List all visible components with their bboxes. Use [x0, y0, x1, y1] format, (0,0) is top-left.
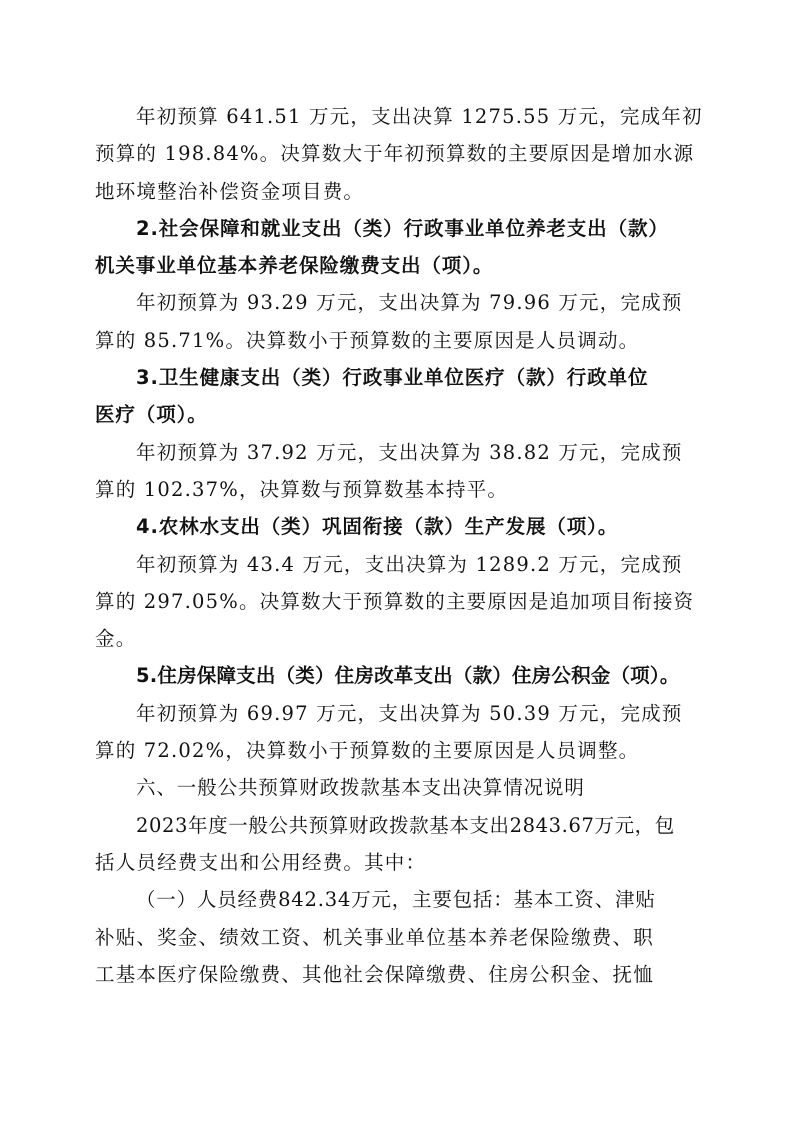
text-line: 年初预算为 43.4 万元，支出决算为 1289.2 万元，完成预: [95, 546, 707, 583]
text-line: 括人员经费支出和公用经费。其中：: [95, 844, 707, 881]
subheading-housing: 5.住房保障支出（类）住房改革支出（款）住房公积金（项）。: [95, 657, 707, 694]
text-line: 预算的 198.84%。决算数大于年初预算数的主要原因是增加水源: [95, 135, 707, 172]
text-line: 算的 102.37%，决算数与预算数基本持平。: [95, 471, 707, 508]
text-line: 年初预算为 69.97 万元，支出决算为 50.39 万元，完成预: [95, 695, 707, 732]
subheading-line: 2.社会保障和就业支出（类）行政事业单位养老支出（款）: [95, 210, 707, 247]
paragraph-personnel-expense: （一）人员经费842.34万元，主要包括：基本工资、津贴 补贴、奖金、绩效工资、…: [95, 881, 707, 993]
document-page: 年初预算 641.51 万元，支出决算 1275.55 万元，完成年初 预算的 …: [95, 98, 707, 993]
subheading-agriculture: 4.农林水支出（类）巩固衔接（款）生产发展（项）。: [95, 508, 707, 545]
text-line: 算的 85.71%。决算数小于预算数的主要原因是人员调动。: [95, 322, 707, 359]
subheading-health: 3.卫生健康支出（类）行政事业单位医疗（款）行政单位 医疗（项）。: [95, 359, 707, 434]
text-line: 补贴、奖金、绩效工资、机关事业单位基本养老保险缴费、职: [95, 919, 707, 956]
section-heading-line: 六、一般公共预算财政拨款基本支出决算情况说明: [95, 769, 707, 806]
paragraph-housing-detail: 年初预算为 69.97 万元，支出决算为 50.39 万元，完成预 算的 72.…: [95, 695, 707, 770]
text-line: 算的 297.05%。决算数大于预算数的主要原因是追加项目衔接资: [95, 583, 707, 620]
text-line: （一）人员经费842.34万元，主要包括：基本工资、津贴: [95, 881, 707, 918]
text-line: 工基本医疗保险缴费、其他社会保障缴费、住房公积金、抚恤: [95, 956, 707, 993]
subheading-line: 医疗（项）。: [95, 396, 707, 433]
subheading-line: 5.住房保障支出（类）住房改革支出（款）住房公积金（项）。: [95, 657, 707, 694]
subheading-line: 4.农林水支出（类）巩固衔接（款）生产发展（项）。: [95, 508, 707, 545]
text-line: 年初预算 641.51 万元，支出决算 1275.55 万元，完成年初: [95, 98, 707, 135]
text-line: 年初预算为 37.92 万元，支出决算为 38.82 万元，完成预: [95, 434, 707, 471]
subheading-line: 机关事业单位基本养老保险缴费支出（项）。: [95, 247, 707, 284]
paragraph-health-detail: 年初预算为 37.92 万元，支出决算为 38.82 万元，完成预 算的 102…: [95, 434, 707, 509]
text-line: 2023年度一般公共预算财政拨款基本支出2843.67万元，包: [95, 807, 707, 844]
paragraph-basic-expenditure-total: 2023年度一般公共预算财政拨款基本支出2843.67万元，包 括人员经费支出和…: [95, 807, 707, 882]
text-line: 地环境整治补偿资金项目费。: [95, 173, 707, 210]
paragraph-agriculture-detail: 年初预算为 43.4 万元，支出决算为 1289.2 万元，完成预 算的 297…: [95, 546, 707, 658]
subheading-social-security: 2.社会保障和就业支出（类）行政事业单位养老支出（款） 机关事业单位基本养老保险…: [95, 210, 707, 285]
subheading-line: 3.卫生健康支出（类）行政事业单位医疗（款）行政单位: [95, 359, 707, 396]
section-heading-basic-expenditure: 六、一般公共预算财政拨款基本支出决算情况说明: [95, 769, 707, 806]
text-line: 年初预算为 93.29 万元，支出决算为 79.96 万元，完成预: [95, 284, 707, 321]
paragraph-social-security-detail: 年初预算为 93.29 万元，支出决算为 79.96 万元，完成预 算的 85.…: [95, 284, 707, 359]
text-line: 算的 72.02%，决算数小于预算数的主要原因是人员调整。: [95, 732, 707, 769]
paragraph-water-source-expense: 年初预算 641.51 万元，支出决算 1275.55 万元，完成年初 预算的 …: [95, 98, 707, 210]
text-line: 金。: [95, 620, 707, 657]
